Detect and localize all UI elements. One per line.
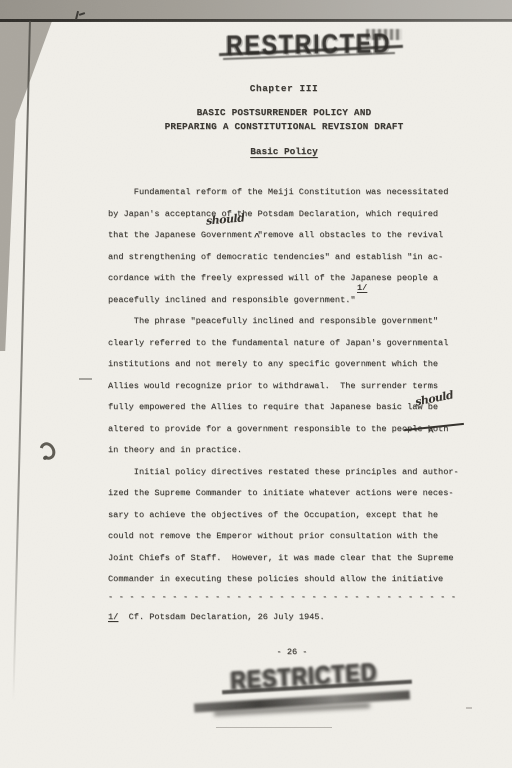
ink-blot: [37, 440, 59, 463]
body-text: Fundamental reform of the Meiji Constitu…: [108, 182, 468, 591]
footnote-marker: 1/: [108, 612, 118, 622]
body-line: Fundamental reform of the Meiji Constitu…: [108, 182, 468, 204]
section-heading: Basic Policy: [108, 146, 460, 157]
faint-line: [216, 727, 332, 728]
body-line: Joint Chiefs of Staff. However, it was m…: [108, 548, 468, 570]
footnote-separator: - - - - - - - - - - - - - - - - - - - - …: [108, 592, 456, 602]
stamp-smudge: [366, 29, 402, 40]
body-line: The phrase "peacefully inclined and resp…: [108, 311, 468, 333]
body-line: ized the Supreme Commander to initiate w…: [108, 483, 468, 505]
document-title-line2: PREPARING A CONSTITUTIONAL REVISION DRAF…: [108, 121, 460, 132]
scratch-mark: [79, 378, 92, 380]
body-line: that the Japanese Government "remove all…: [108, 225, 468, 247]
insertion-caret: ^: [254, 233, 260, 244]
body-line: Allies would recognize prior to withdraw…: [108, 376, 468, 398]
page-number: - 26 -: [108, 647, 460, 657]
body-line: sary to achieve the objectives of the Oc…: [108, 505, 468, 527]
paper-speck: [466, 707, 472, 709]
body-line: clearly referred to the fundamental natu…: [108, 333, 468, 355]
body-line: institutions and not merely to any speci…: [108, 354, 468, 376]
body-line: Commander in executing these policies sh…: [108, 569, 468, 591]
pen-tick-mark: [74, 9, 84, 21]
chapter-heading: Chapter III: [108, 83, 460, 94]
scanned-document-page: RESTRICTED Chapter III BASIC POSTSURREND…: [0, 0, 512, 768]
body-line: by Japan's acceptance of the Potsdam Dec…: [108, 204, 468, 226]
section-heading-text: Basic Policy: [250, 146, 318, 157]
body-line: and strengthening of democratic tendenci…: [108, 247, 468, 269]
footnote-reference-superscript: 1/: [357, 283, 367, 293]
footnote: 1/ Cf. Potsdam Declaration, 26 July 1945…: [108, 612, 325, 622]
insertion-caret: ^: [428, 428, 434, 439]
body-line: could not remove the Emperor without pri…: [108, 526, 468, 548]
body-line: cordance with the freely expressed will …: [108, 268, 468, 290]
body-line: in theory and in practice.: [108, 440, 468, 462]
body-line: peacefully inclined and responsible gove…: [108, 290, 468, 312]
body-line: Initial policy directives restated these…: [108, 462, 468, 484]
footnote-text: Cf. Potsdam Declaration, 26 July 1945.: [118, 612, 324, 622]
document-title-line1: BASIC POSTSURRENDER POLICY AND: [108, 107, 460, 118]
